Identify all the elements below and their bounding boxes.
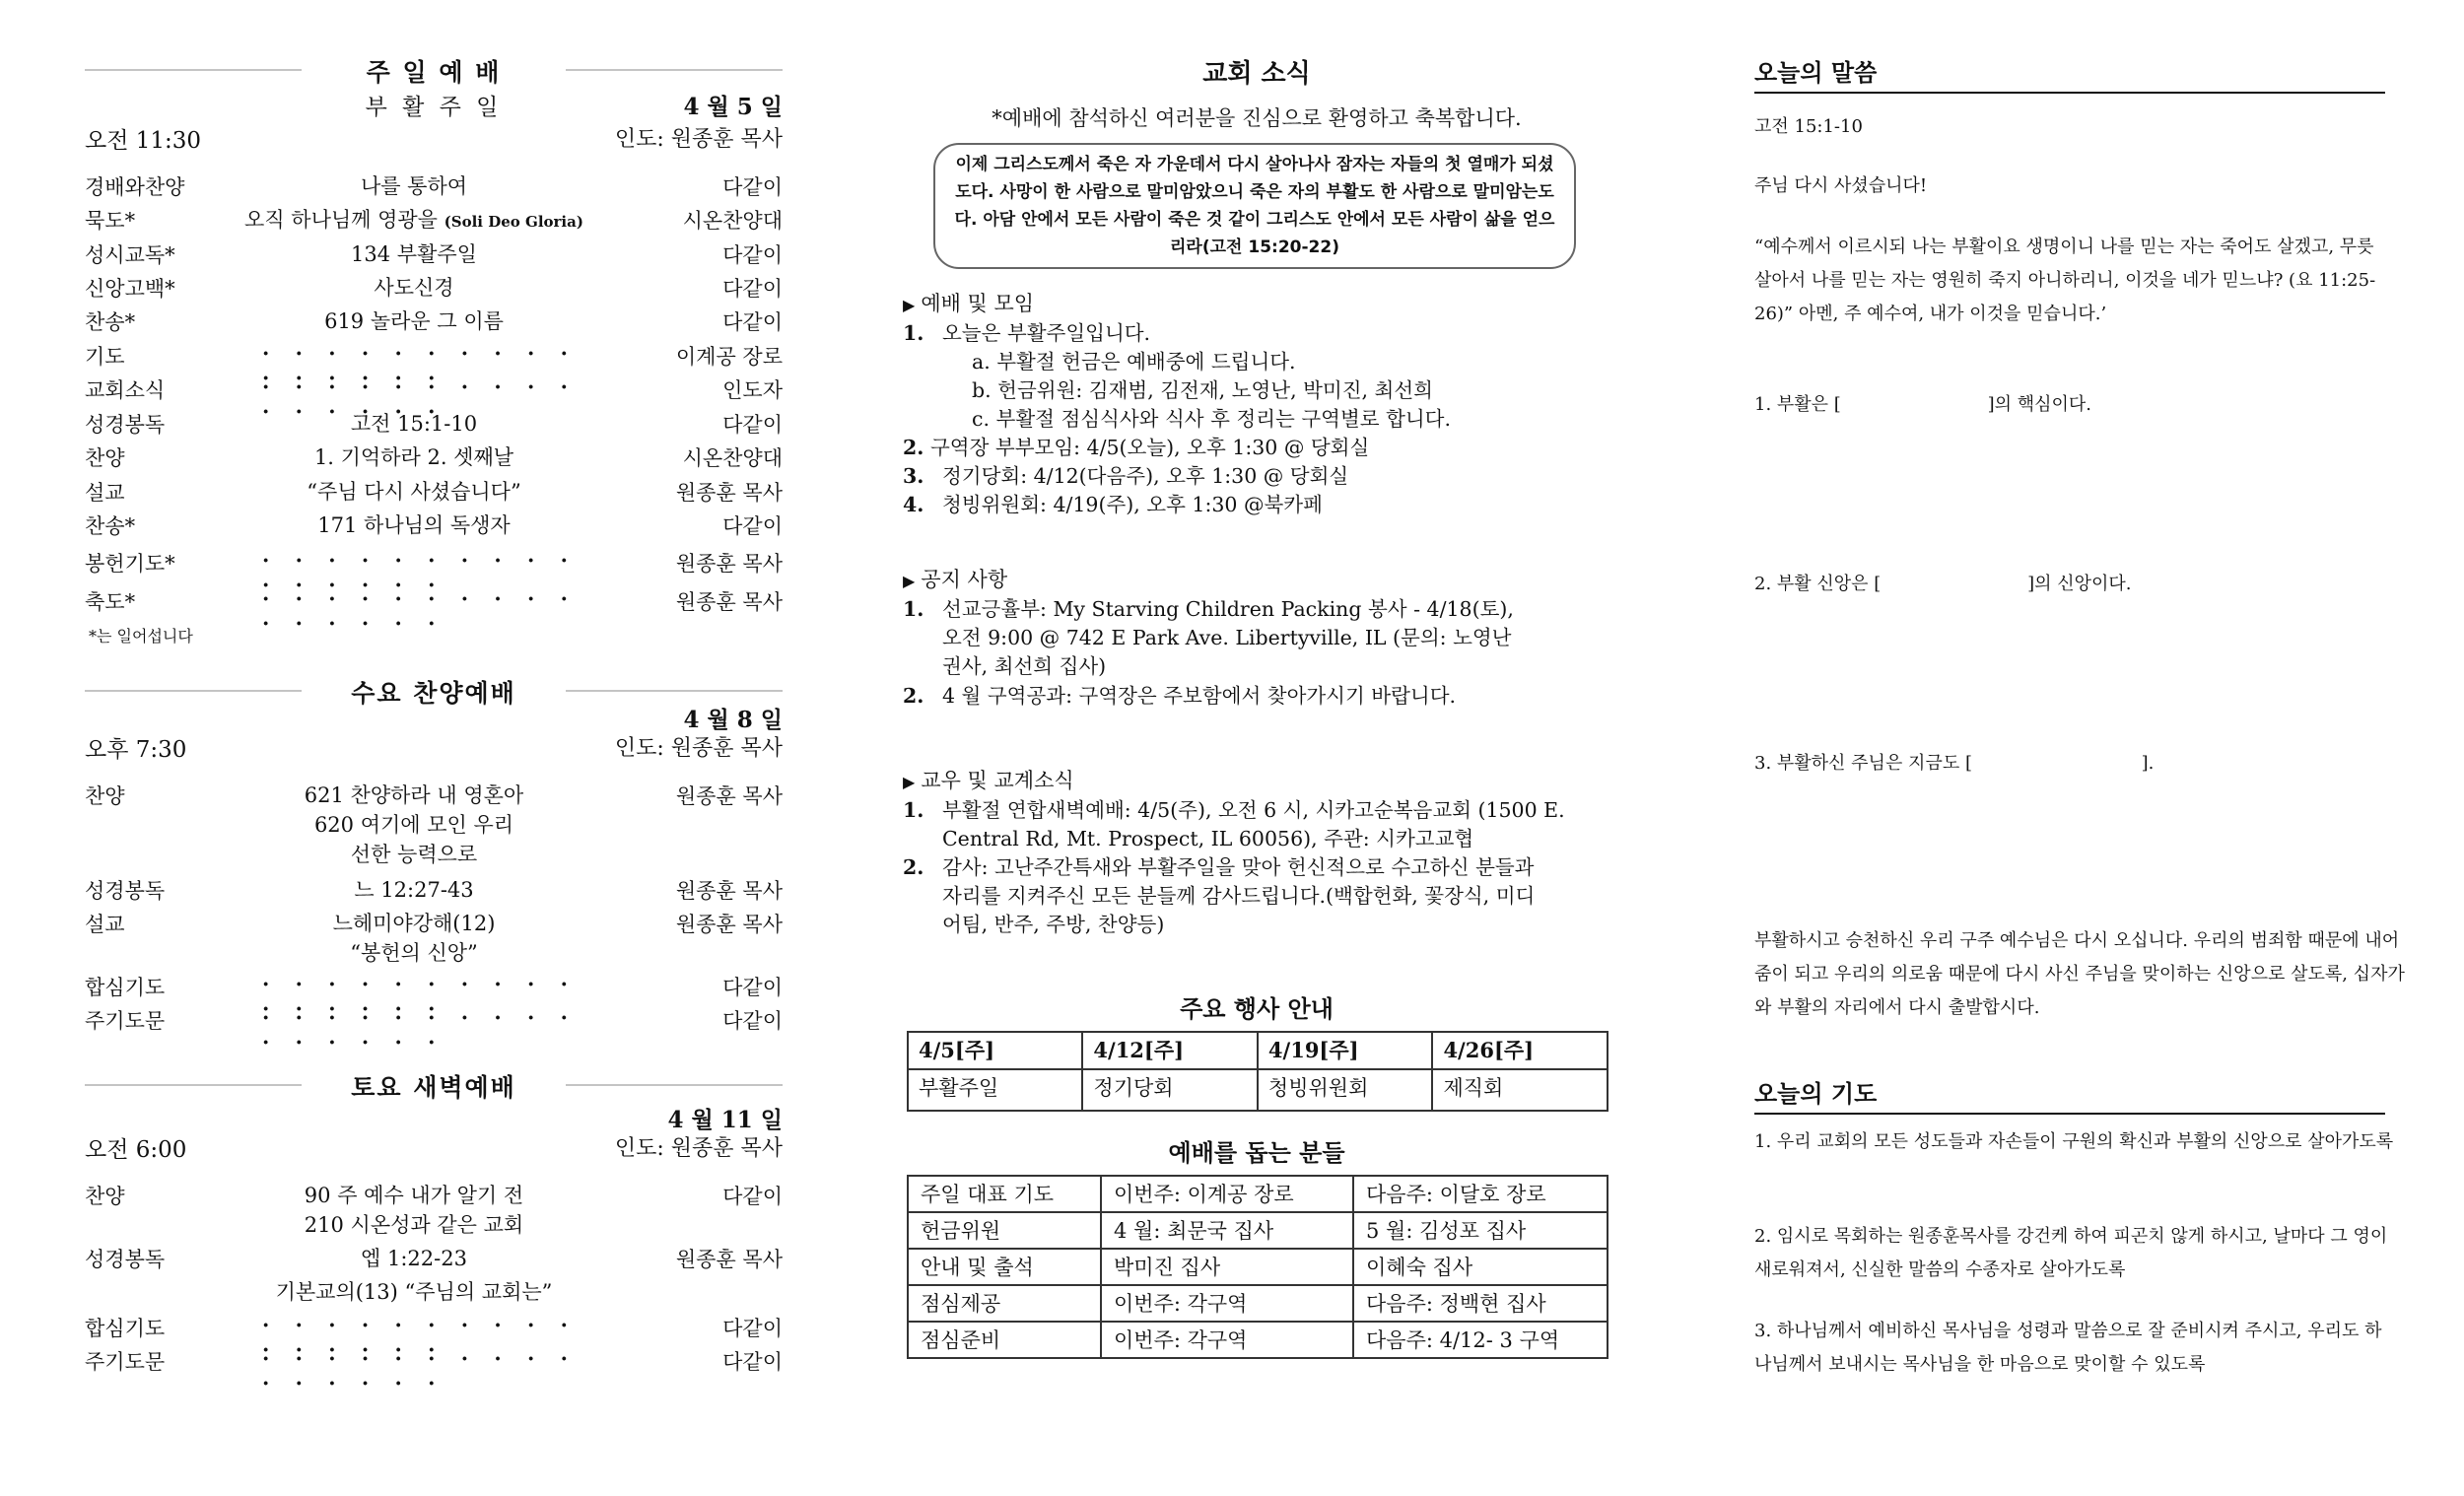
prayer-item: 2. 임시로 목회하는 원종훈목사를 강건케 하여 피곤치 않게 하시고, 날마… xyxy=(1754,1220,2395,1287)
event-date: 4/12[주] xyxy=(1082,1032,1258,1069)
sunday-service-header: 주 일 예 배 xyxy=(85,49,783,89)
order-content: 느헤미야강해(12) “봉헌의 신앙” xyxy=(203,909,625,968)
blank-suffix: ]의 핵심이다. xyxy=(1988,394,2091,415)
blank-suffix: ]의 신앙이다. xyxy=(2027,574,2131,594)
order-row: 설교 “주님 다시 사셨습니다” 원종훈 목사 xyxy=(85,477,783,510)
item-number: 4. xyxy=(903,491,924,519)
next-week-cell: 다음주: 4/12- 3 구역 xyxy=(1353,1322,1608,1358)
wednesday-date: 4 월 8 일 xyxy=(684,702,783,734)
order-person: 인도자 xyxy=(722,374,783,404)
blank-prefix: 1. 부활은 [ xyxy=(1754,394,1841,415)
hymn-3: 선한 능력으로 xyxy=(203,840,625,869)
item-number: 1. xyxy=(903,319,924,348)
order-person: 다같이 xyxy=(722,273,783,303)
order-label: 주기도문 xyxy=(85,1346,165,1376)
news-title: 교회 소식 xyxy=(897,53,1616,90)
standing-note: *는 일어섭니다 xyxy=(89,624,193,646)
section-title: 교우 및 교계소식 xyxy=(921,769,1073,792)
divider xyxy=(566,1084,783,1086)
order-row: 성경봉독 느 12:27-43 원종훈 목사 xyxy=(85,875,783,909)
item-text: 4 월 구역공과: 구역장은 주보함에서 찾아가시기 바랍니다. xyxy=(942,682,1612,711)
order-content: 느 12:27-43 xyxy=(203,875,625,905)
order-row: 합심기도 · · · · · · · · · · · · · · · · 다같이 xyxy=(85,972,783,1005)
sunday-date: 4 월 5 일 xyxy=(684,89,783,121)
section-title: 예배 및 모임 xyxy=(921,292,1034,315)
order-row: 교회소식 · · · · · · · · · · · · · · · · 인도자 xyxy=(85,374,783,408)
order-content: 134 부활주일 xyxy=(203,239,625,269)
saturday-leader: 인도: 원종훈 목사 xyxy=(615,1131,783,1162)
events-table: 4/5[주] 4/12[주] 4/19[주] 4/26[주] 부활주일 정기당회… xyxy=(907,1031,1608,1112)
order-row: 합심기도 · · · · · · · · · · · · · · · · 다같이 xyxy=(85,1313,783,1346)
order-row: 설교 느헤미야강해(12) “봉헌의 신앙” 원종훈 목사 xyxy=(85,909,783,972)
sermon-title: 주님 다시 사셨습니다! xyxy=(1754,170,2395,203)
order-row: 성경봉독 고전 15:1-10 다같이 xyxy=(85,409,783,442)
this-week-cell: 박미진 집사 xyxy=(1101,1249,1353,1285)
order-person: 다같이 xyxy=(722,510,783,540)
order-content: 사도신경 xyxy=(203,273,625,303)
wednesday-service-header: 수요 찬양예배 xyxy=(85,670,783,710)
blank-prefix: 3. 부활하신 주님은 지금도 [ xyxy=(1754,753,1972,774)
order-label: 설교 xyxy=(85,477,125,507)
wednesday-service-title: 수요 찬양예배 xyxy=(85,674,783,710)
dot-leader: · · · · · · · · · · · · · · · · xyxy=(262,586,607,636)
event-date: 4/5[주] xyxy=(908,1032,1082,1069)
order-row: 묵도* 오직 하나님께 영광을 (Soli Deo Gloria) 시온찬양대 xyxy=(85,205,783,238)
news-item: 1. 부활절 연합새벽예배: 4/5(주), 오전 6 시, 시카고순복음교회 … xyxy=(903,796,1612,855)
order-person: 원종훈 목사 xyxy=(676,875,783,905)
role-cell: 점심준비 xyxy=(908,1322,1101,1358)
next-week-cell: 이혜숙 집사 xyxy=(1353,1249,1608,1285)
order-person: 다같이 xyxy=(722,171,783,201)
item-text: c. 부활절 점심식사와 식사 후 정리는 구역별로 합니다. xyxy=(942,405,1612,434)
order-label: 축도* xyxy=(85,586,135,616)
news-item: 1. 선교긍휼부: My Starving Children Packing 봉… xyxy=(903,595,1612,684)
item-text: b. 헌금위원: 김재범, 김전재, 노영난, 박미진, 최선희 xyxy=(942,376,1612,405)
blank-suffix: ]. xyxy=(2142,753,2155,774)
order-label: 찬양 xyxy=(85,1181,125,1210)
order-content-text: 오직 하나님께 영광을 xyxy=(244,208,438,232)
event-date: 4/19[주] xyxy=(1258,1032,1433,1069)
item-number: 2. xyxy=(903,682,924,711)
order-row: 찬양 90 주 예수 내가 알기 전 210 시온성과 같은 교회 다같이 xyxy=(85,1181,783,1242)
item-number: 2. xyxy=(903,853,924,882)
prayer-item: 3. 하나님께서 예비하신 목사님을 성령과 말씀으로 잘 준비시켜 주시고, … xyxy=(1754,1315,2395,1382)
item-text: a. 부활절 헌금은 예배중에 드립니다. xyxy=(942,348,1612,376)
next-week-cell: 다음주: 정백현 집사 xyxy=(1353,1285,1608,1322)
order-label: 성경봉독 xyxy=(85,409,165,439)
order-person: 원종훈 목사 xyxy=(676,477,783,507)
order-row: 축도* · · · · · · · · · · · · · · · · 원종훈 … xyxy=(85,586,783,620)
role-cell: 헌금위원 xyxy=(908,1212,1101,1249)
next-week-cell: 다음주: 이달호 장로 xyxy=(1353,1176,1608,1212)
order-label: 주기도문 xyxy=(85,1005,165,1035)
todays-word-heading: 오늘의 말씀 xyxy=(1754,53,2385,94)
saturday-service-header: 토요 새벽예배 xyxy=(85,1064,783,1104)
order-person: 이계공 장로 xyxy=(676,341,783,371)
order-person: 다같이 xyxy=(722,239,783,269)
this-week-cell: 이번주: 이계공 장로 xyxy=(1101,1176,1353,1212)
order-content: 90 주 예수 내가 알기 전 210 시온성과 같은 교회 xyxy=(203,1181,625,1240)
event-name: 정기당회 xyxy=(1082,1069,1258,1111)
order-person: 원종훈 목사 xyxy=(676,548,783,578)
fill-in-blank: 3. 부활하신 주님은 지금도 [ ]. xyxy=(1754,747,2395,781)
helpers-table: 주일 대표 기도 이번주: 이계공 장로 다음주: 이달호 장로 헌금위원 4 … xyxy=(907,1175,1608,1359)
order-label: 찬송* xyxy=(85,510,135,540)
order-person: 시온찬양대 xyxy=(683,205,783,235)
triangle-right-icon: ▶ xyxy=(903,572,915,590)
this-week-cell: 4 월: 최문국 집사 xyxy=(1101,1212,1353,1249)
table-row: 주일 대표 기도 이번주: 이계공 장로 다음주: 이달호 장로 xyxy=(908,1176,1608,1212)
order-label: 성경봉독 xyxy=(85,1244,165,1273)
role-cell: 주일 대표 기도 xyxy=(908,1176,1101,1212)
order-content: 171 하나님의 독생자 xyxy=(203,510,625,540)
blank-space xyxy=(1972,753,2142,774)
item-number: 1. xyxy=(903,595,924,624)
order-label: 교회소식 xyxy=(85,374,165,404)
hymn-1: 90 주 예수 내가 알기 전 xyxy=(203,1181,625,1210)
divider xyxy=(566,69,783,71)
sunday-time: 오전 11:30 xyxy=(85,122,201,155)
this-week-cell: 이번주: 각구역 xyxy=(1101,1285,1353,1322)
order-row: 찬양 1. 기억하라 2. 셋째날 시온찬양대 xyxy=(85,442,783,476)
order-label: 봉헌기도* xyxy=(85,548,175,578)
dot-leader: · · · · · · · · · · · · · · · · xyxy=(262,1346,607,1395)
table-row: 점심준비 이번주: 각구역 다음주: 4/12- 3 구역 xyxy=(908,1322,1608,1358)
order-person: 다같이 xyxy=(722,972,783,1001)
order-content: 621 찬양하라 내 영혼아 620 여기에 모인 우리 선한 능력으로 xyxy=(203,781,625,869)
news-item: 2. 감사: 고난주간특새와 부활주일을 맞아 헌신적으로 수고하신 분들과 자… xyxy=(903,853,1612,942)
prayer-item: 1. 우리 교회의 모든 성도들과 자손들이 구원의 확신과 부활의 신앙으로 … xyxy=(1754,1125,2395,1159)
order-person: 다같이 xyxy=(722,409,783,439)
item-number: 1. xyxy=(903,796,924,825)
role-cell: 안내 및 출석 xyxy=(908,1249,1101,1285)
order-content: “주님 다시 사셨습니다” xyxy=(203,477,625,507)
saturday-time: 오전 6:00 xyxy=(85,1131,186,1164)
order-person: 다같이 xyxy=(722,1346,783,1376)
order-label: 찬양 xyxy=(85,442,125,472)
order-row: 주기도문 · · · · · · · · · · · · · · · · 다같이 xyxy=(85,1346,783,1380)
event-name: 부활주일 xyxy=(908,1069,1082,1111)
blank-space xyxy=(1841,394,1988,415)
order-person: 다같이 xyxy=(722,306,783,336)
sunday-subtitle: 부 활 주 일 xyxy=(85,89,783,121)
order-row: 성경봉독 엡 1:22-23 원종훈 목사 xyxy=(85,1244,783,1277)
order-row: 찬양 621 찬양하라 내 영혼아 620 여기에 모인 우리 선한 능력으로 … xyxy=(85,781,783,869)
section-heading: ▶공지 사항 xyxy=(903,564,1007,593)
this-week-cell: 이번주: 각구역 xyxy=(1101,1322,1353,1358)
order-row: 봉헌기도* · · · · · · · · · · · · · · · · 원종… xyxy=(85,548,783,581)
order-label: 묵도* xyxy=(85,205,135,235)
order-person: 원종훈 목사 xyxy=(676,586,783,616)
order-content: 나를 통하여 xyxy=(203,171,625,201)
key-verse-quote: “예수께서 이르시되 나는 부활이요 생명이니 나를 믿는 자는 죽어도 살겠고… xyxy=(1754,231,2395,331)
section-title: 공지 사항 xyxy=(921,568,1007,591)
item-text: 구역장 부부모임: 4/5(오늘), 오후 1:30 @ 당회실 xyxy=(930,434,1612,462)
item-text: 선교긍휼부: My Starving Children Packing 봉사 -… xyxy=(942,595,1534,681)
order-content: 고전 15:1-10 xyxy=(203,409,625,439)
order-label: 합심기도 xyxy=(85,972,165,1001)
order-content: 오직 하나님께 영광을 (Soli Deo Gloria) xyxy=(203,205,625,237)
next-week-cell: 5 월: 김성포 집사 xyxy=(1353,1212,1608,1249)
order-row: 주기도문 · · · · · · · · · · · · · · · · 다같이 xyxy=(85,1005,783,1039)
order-label: 찬송* xyxy=(85,306,135,336)
events-title: 주요 행사 안내 xyxy=(897,989,1616,1024)
fill-in-blank: 2. 부활 신앙은 [ ]의 신앙이다. xyxy=(1754,568,2395,601)
order-row: 기도 · · · · · · · · · · · · · · · · 이계공 장… xyxy=(85,341,783,374)
item-text: 오늘은 부활주일입니다. xyxy=(942,319,1612,348)
order-label: 합심기도 xyxy=(85,1313,165,1342)
order-row: 경배와찬양 나를 통하여 다같이 xyxy=(85,171,783,205)
order-label: 신앙고백* xyxy=(85,273,175,303)
blank-space xyxy=(1881,574,2027,594)
order-person: 원종훈 목사 xyxy=(676,909,783,938)
saturday-service-title: 토요 새벽예배 xyxy=(85,1068,783,1104)
item-text: 정기당회: 4/12(다음주), 오후 1:30 @ 당회실 xyxy=(942,462,1612,491)
item-text: 청빙위원회: 4/19(주), 오후 1:30 @북카페 xyxy=(942,491,1612,519)
scripture-verse-box: 이제 그리스도께서 죽은 자 가운데서 다시 살아나사 잠자는 자들의 첫 열매… xyxy=(933,143,1576,269)
helpers-title: 예배를 돕는 분들 xyxy=(897,1133,1616,1168)
scripture-reference: 고전 15:1-10 xyxy=(1754,110,2395,144)
dot-leader: · · · · · · · · · · · · · · · · xyxy=(262,1005,607,1054)
item-number: 3. xyxy=(903,462,924,491)
order-row: 성시교독* 134 부활주일 다같이 xyxy=(85,239,783,273)
hymn-2: 210 시온성과 같은 교회 xyxy=(203,1210,625,1240)
order-content: 1. 기억하라 2. 셋째날 xyxy=(203,442,625,472)
order-content: 기본교의(13) “주님의 교회는” xyxy=(203,1277,625,1307)
order-row: 찬송* 171 하나님의 독생자 다같이 xyxy=(85,510,783,544)
saturday-date: 4 월 11 일 xyxy=(668,1102,783,1134)
order-row: 기본교의(13) “주님의 교회는” xyxy=(85,1277,783,1311)
order-row: 신앙고백* 사도신경 다같이 xyxy=(85,273,783,306)
order-label: 경배와찬양 xyxy=(85,171,184,201)
divider xyxy=(566,690,783,692)
order-label: 성시교독* xyxy=(85,239,175,269)
wednesday-time: 오후 7:30 xyxy=(85,731,186,764)
order-label: 성경봉독 xyxy=(85,875,165,905)
event-name: 청빙위원회 xyxy=(1258,1069,1433,1111)
item-number: 2. xyxy=(903,434,924,462)
role-cell: 점심제공 xyxy=(908,1285,1101,1322)
table-row: 점심제공 이번주: 각구역 다음주: 정백현 집사 xyxy=(908,1285,1608,1322)
order-person: 다같이 xyxy=(722,1313,783,1342)
item-text: 감사: 고난주간특새와 부활주일을 맞아 헌신적으로 수고하신 분들과 자리를 … xyxy=(942,853,1553,939)
order-row: 찬송* 619 놀라운 그 이름 다같이 xyxy=(85,306,783,340)
order-person: 다같이 xyxy=(722,1005,783,1035)
order-person: 시온찬양대 xyxy=(683,442,783,472)
order-label: 찬양 xyxy=(85,781,125,810)
event-date: 4/26[주] xyxy=(1432,1032,1608,1069)
fill-in-blank: 1. 부활은 [ ]의 핵심이다. xyxy=(1754,388,2395,422)
section-heading: ▶교우 및 교계소식 xyxy=(903,765,1074,794)
triangle-right-icon: ▶ xyxy=(903,773,915,791)
table-row: 헌금위원 4 월: 최문국 집사 5 월: 김성포 집사 xyxy=(908,1212,1608,1249)
hymn-1: 621 찬양하라 내 영혼아 xyxy=(203,781,625,810)
sermon-title: “봉헌의 신앙” xyxy=(203,938,625,968)
order-label: 설교 xyxy=(85,909,125,938)
order-content-latin: (Soli Deo Gloria) xyxy=(445,213,583,231)
blank-prefix: 2. 부활 신앙은 [ xyxy=(1754,574,1881,594)
todays-prayer-heading: 오늘의 기도 xyxy=(1754,1074,2385,1115)
event-name: 제직회 xyxy=(1432,1069,1608,1111)
table-row: 4/5[주] 4/12[주] 4/19[주] 4/26[주] xyxy=(908,1032,1608,1069)
closing-paragraph: 부활하시고 승천하신 우리 구주 예수님은 다시 오십니다. 우리의 범죄함 때… xyxy=(1754,924,2405,1025)
order-content: 619 놀라운 그 이름 xyxy=(203,306,625,336)
order-person: 원종훈 목사 xyxy=(676,1244,783,1273)
order-person: 원종훈 목사 xyxy=(676,781,783,810)
hymn-2: 620 여기에 모인 우리 xyxy=(203,810,625,840)
sunday-service-title: 주 일 예 배 xyxy=(85,53,783,89)
table-row: 안내 및 출석 박미진 집사 이혜숙 집사 xyxy=(908,1249,1608,1285)
sunday-leader: 인도: 원종훈 목사 xyxy=(615,122,783,153)
order-person: 다같이 xyxy=(722,1181,783,1210)
section-heading: ▶예배 및 모임 xyxy=(903,288,1034,317)
triangle-right-icon: ▶ xyxy=(903,296,915,314)
table-row: 부활주일 정기당회 청빙위원회 제직회 xyxy=(908,1069,1608,1111)
order-label: 기도 xyxy=(85,341,125,371)
sermon-series: 느헤미야강해(12) xyxy=(203,909,625,938)
welcome-text: *예배에 참석하신 여러분을 진심으로 환영하고 축복합니다. xyxy=(897,102,1616,132)
item-text: 부활절 연합새벽예배: 4/5(주), 오전 6 시, 시카고순복음교회 (15… xyxy=(942,796,1573,853)
order-content: 엡 1:22-23 xyxy=(203,1244,625,1273)
wednesday-leader: 인도: 원종훈 목사 xyxy=(615,731,783,762)
